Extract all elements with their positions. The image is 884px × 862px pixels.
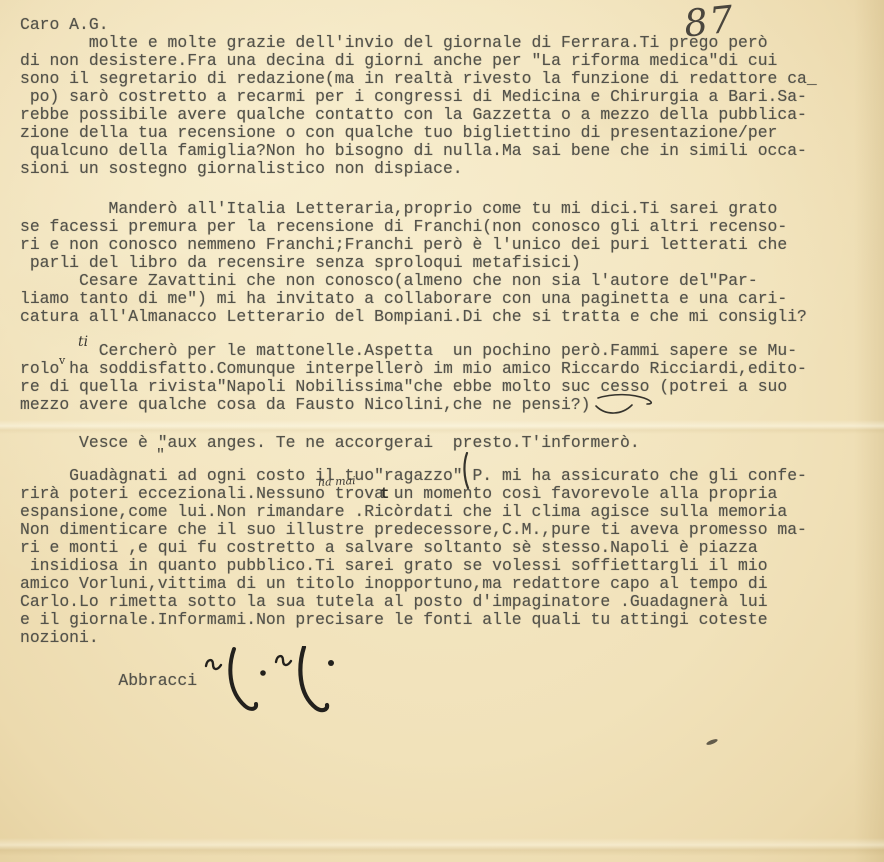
paragraph: Guadàgnati ad ogni costo il tuo"ragazzo"… <box>20 467 876 647</box>
caret-mark: v <box>59 354 65 367</box>
letter-line: ri e non conosco nemmeno Franchi;Franchi… <box>20 236 876 254</box>
letter-line: catura all'Almanacco Letterario del Bomp… <box>20 308 876 326</box>
letter-line: rolo ha soddisfatto.Comunque interpeller… <box>20 360 876 378</box>
handwritten-insertion-ha-mai: ha mai <box>318 474 356 489</box>
letter-line: insidiosa in quanto pubblico.Ti sarei gr… <box>20 557 876 575</box>
letter-line: Carlo.Lo rimetta sotto la sua tutela al … <box>20 593 876 611</box>
letter-line: se facessi premura per la recensione di … <box>20 218 876 236</box>
letter-line: po) sarò costretto a recarmi per i congr… <box>20 88 876 106</box>
paragraph: Vesce è "aux anges. Te ne accorgerai pre… <box>20 434 876 452</box>
letter-line: Vesce è "aux anges. Te ne accorgerai pre… <box>20 434 876 452</box>
signature <box>200 646 335 721</box>
closing: Abbracci <box>20 672 876 690</box>
letter-line: nozioni. <box>20 629 876 647</box>
letter-line: amico Vorluni,vittima di un titolo inopp… <box>20 575 876 593</box>
flourish-curve <box>594 402 634 418</box>
paragraph: Manderò all'Italia Letteraria,proprio co… <box>20 200 876 326</box>
handwritten-insertion-ti: ti <box>78 334 88 350</box>
letter-line: zione della tua recensione o con qualche… <box>20 124 876 142</box>
letter-line: di non desistere.Fra una decina di giorn… <box>20 52 876 70</box>
pen-stroke <box>461 452 471 490</box>
letter-page: 87 Caro A.G. molte e molte grazie dell'i… <box>0 0 884 862</box>
letter-line: sono il segretario di redazione(ma in re… <box>20 70 876 88</box>
paragraph: molte e molte grazie dell'invio del gior… <box>20 34 876 178</box>
letter-line: liamo tanto di me") mi ha invitato a col… <box>20 290 876 308</box>
letter-line: rebbe possibile avere qualche contatto c… <box>20 106 876 124</box>
letter-line: Cercherò per le mattonelle.Aspetta un po… <box>20 342 876 360</box>
letter-line: mezzo avere qualche cosa da Fausto Nicol… <box>20 396 876 414</box>
letter-line: re di quella rivista"Napoli Nobilissima"… <box>20 378 876 396</box>
letter-line: parli del libro da recensire senza sprol… <box>20 254 876 272</box>
letter-line: espansione,come lui.Non rimandare .Ricòr… <box>20 503 876 521</box>
letter-body: Caro A.G. molte e molte grazie dell'invi… <box>20 16 876 690</box>
letter-line: molte e molte grazie dell'invio del gior… <box>20 34 876 52</box>
letter-line: sioni un sostegno giornalistico non disp… <box>20 160 876 178</box>
ink-blot <box>706 738 719 746</box>
letter-line: Guadàgnati ad ogni costo il tuo"ragazzo"… <box>20 467 876 485</box>
letter-line: qualcuno della famiglia?Non ho bisogno d… <box>20 142 876 160</box>
overstrike-t-correction: t <box>380 485 390 503</box>
letter-line: Non dimenticare che il suo illustre pred… <box>20 521 876 539</box>
salutation: Caro A.G. <box>20 16 876 34</box>
letter-line: rirà poteri eccezionali.Nessuno trova un… <box>20 485 876 503</box>
handwritten-quote-mark: " <box>156 447 165 464</box>
paragraph: Cercherò per le mattonelle.Aspetta un po… <box>20 342 876 414</box>
letter-line: ri e monti ,e qui fu costretto a salvare… <box>20 539 876 557</box>
letter-line: Manderò all'Italia Letteraria,proprio co… <box>20 200 876 218</box>
letter-line: e il giornale.Informami.Non precisare le… <box>20 611 876 629</box>
letter-line: Cesare Zavattini che non conosco(almeno … <box>20 272 876 290</box>
